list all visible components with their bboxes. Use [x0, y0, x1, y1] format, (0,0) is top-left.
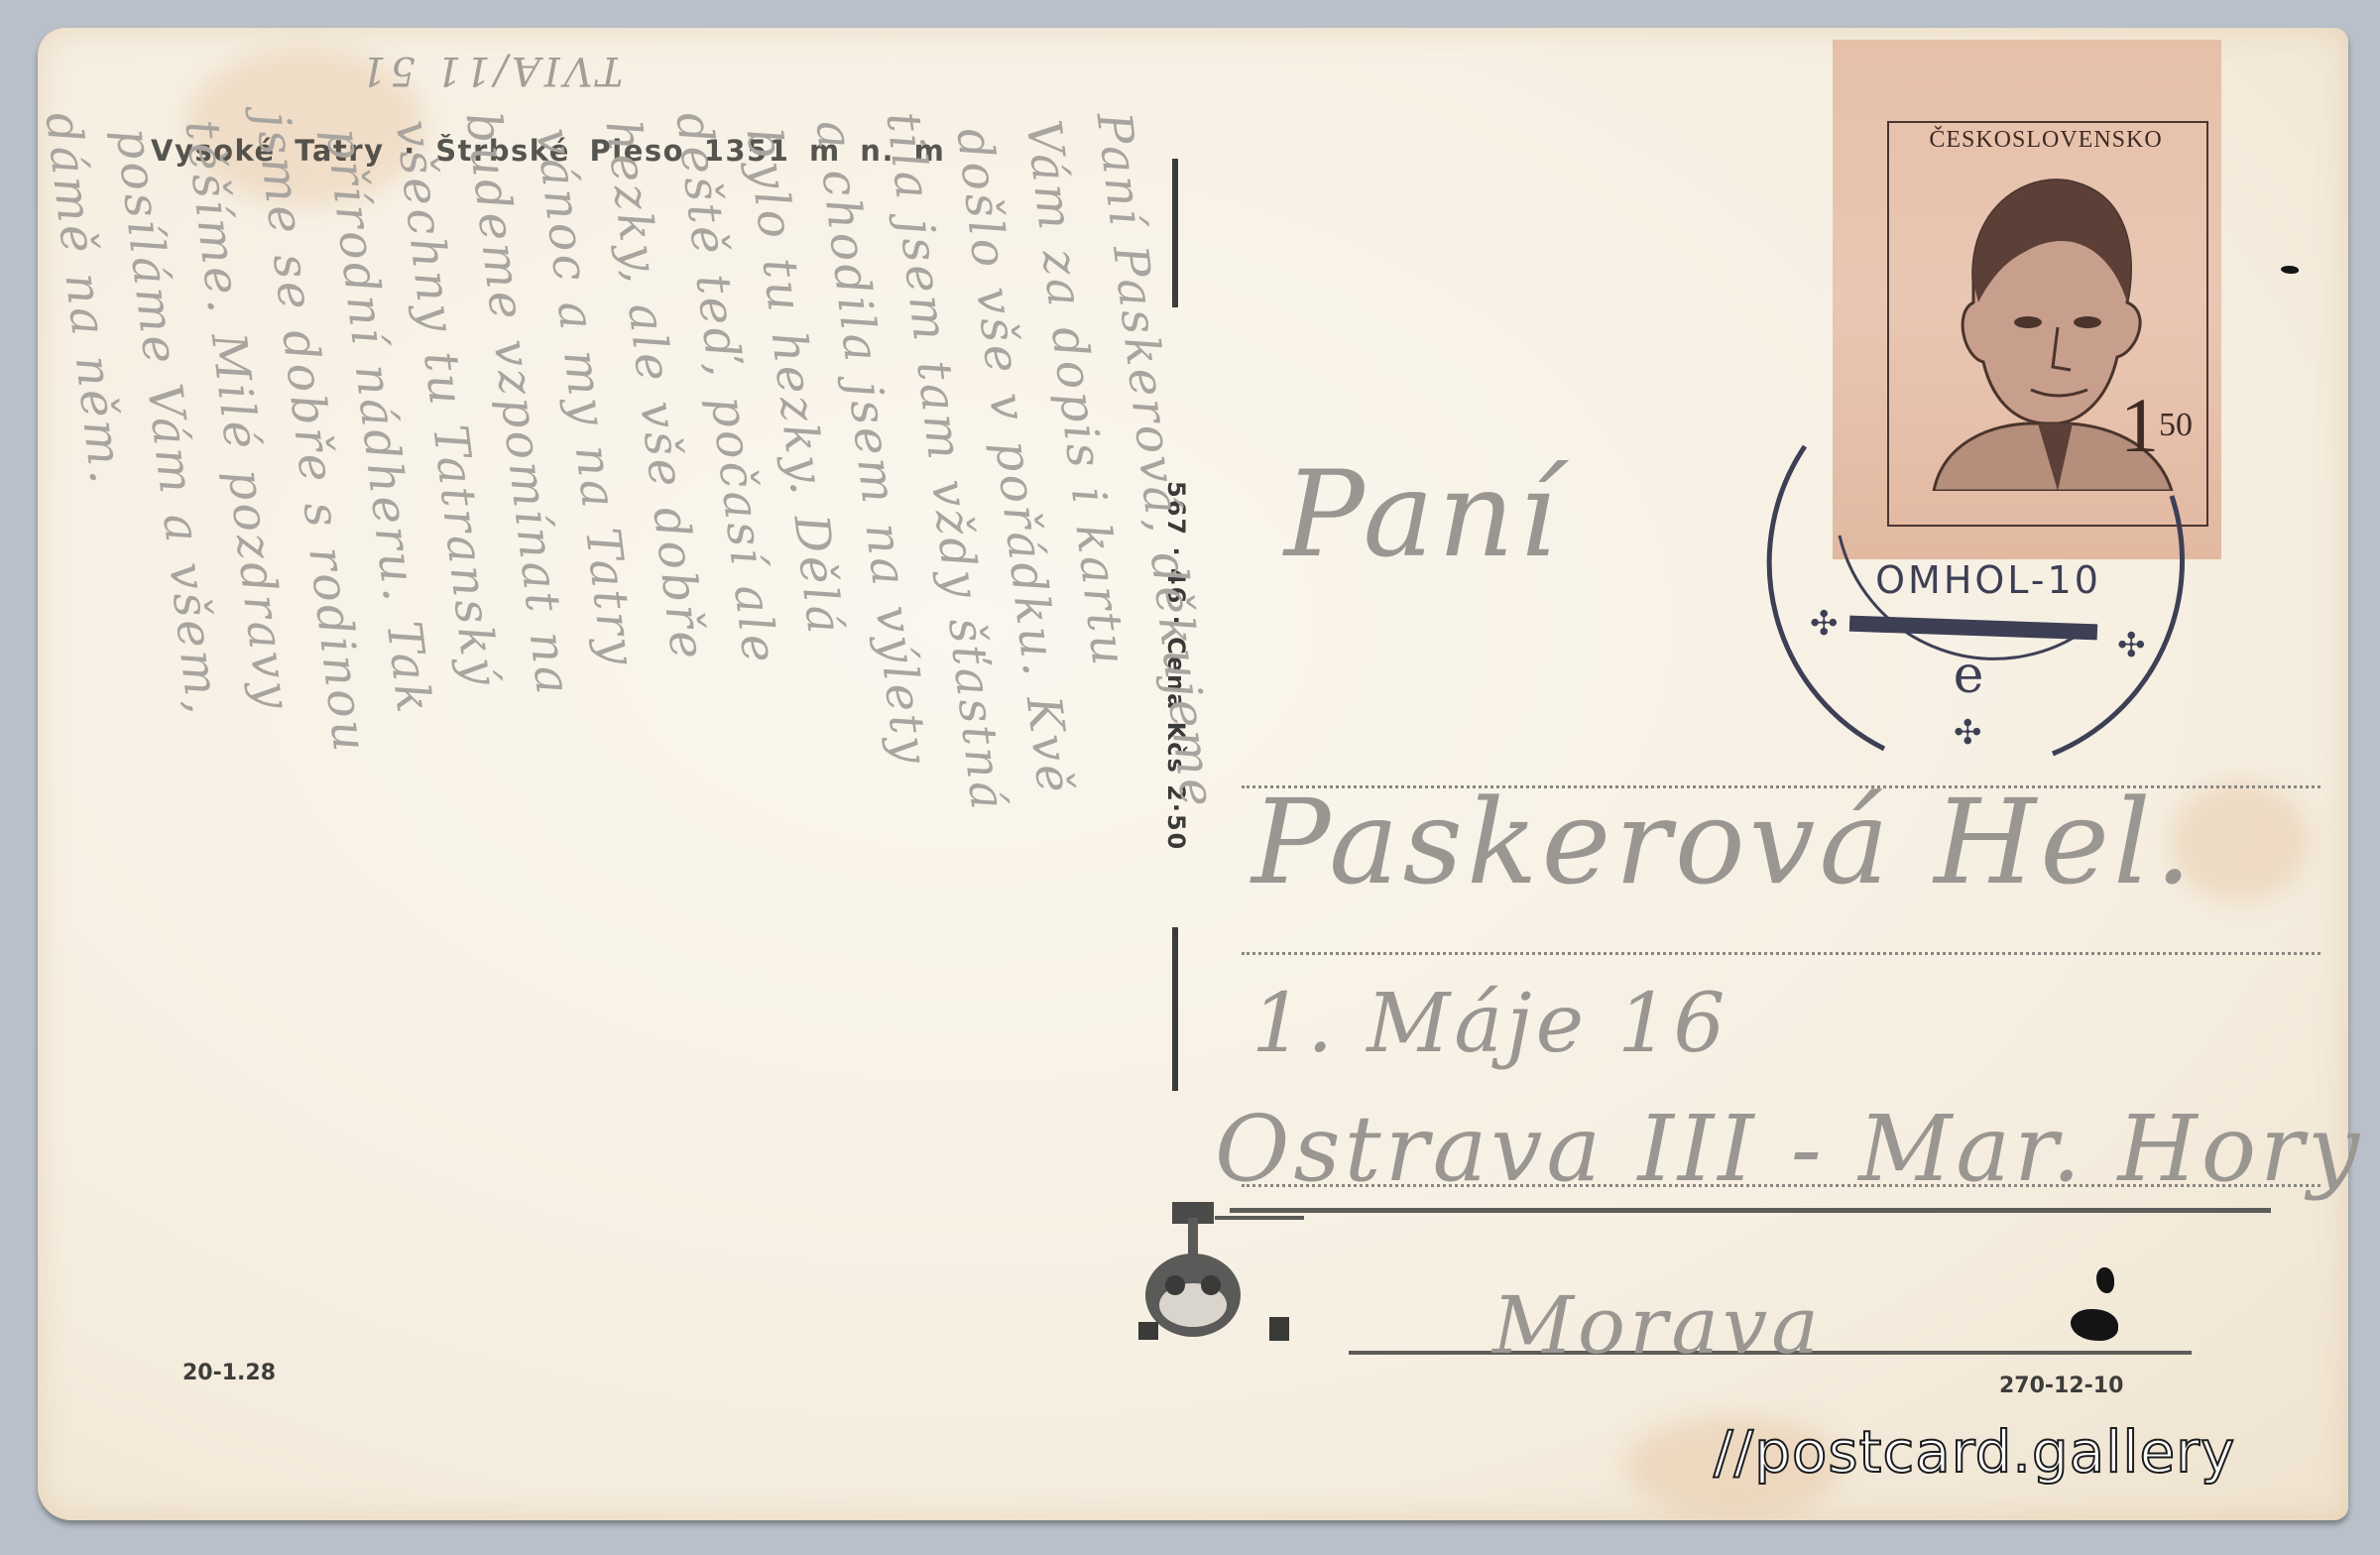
address-line [1242, 952, 2320, 955]
address-salutation: Paní [1284, 446, 1561, 584]
stamp-country: ČESKOSLOVENSKO [1887, 127, 2204, 154]
address-region: Morava [1492, 1279, 1823, 1372]
svg-text:✣: ✣ [1954, 713, 1982, 753]
address-street: 1. Máje 16 [1251, 977, 1729, 1071]
svg-text:OMHOL-10: OMHOL-10 [1875, 558, 2101, 602]
svg-text:✣: ✣ [2117, 626, 2146, 665]
svg-text:✣: ✣ [1810, 604, 1839, 644]
ink-blot [2096, 1267, 2114, 1293]
print-code-left: 20-1.28 [182, 1361, 276, 1385]
postmark-icon: e OMHOL-10 ✣ ✣ ✣ [1765, 436, 2201, 774]
watermark: //postcard.gallery [1714, 1418, 2235, 1486]
address-underline [1230, 1208, 2271, 1213]
message-header-note: TVIA/11 51 [357, 48, 623, 93]
address-name: Paskerová Hel. [1251, 774, 2196, 910]
svg-text:e: e [1954, 646, 1984, 705]
center-divider [1172, 927, 1178, 1091]
address-city: Ostrava III - Mar. Hory [1215, 1096, 2363, 1202]
center-divider [1172, 159, 1178, 307]
ink-blot [2281, 266, 2299, 274]
print-code-right: 270-12-10 [1999, 1374, 2123, 1398]
